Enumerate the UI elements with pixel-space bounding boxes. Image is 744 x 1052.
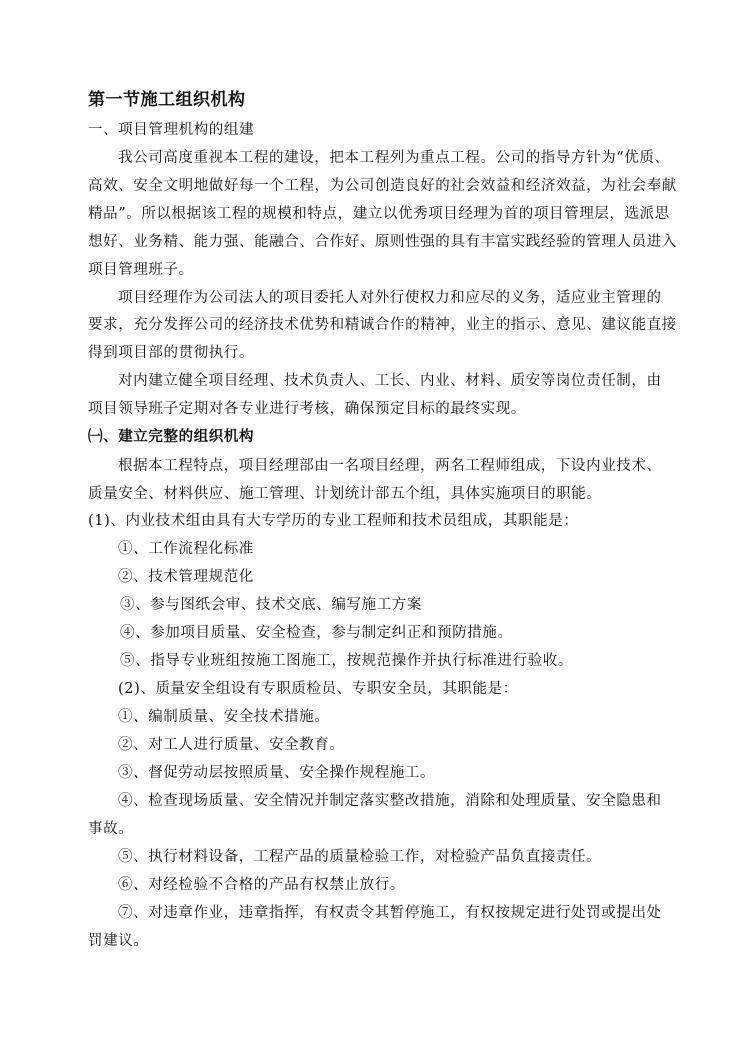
- list-item: ③、参与图纸会审、技术交底、编写施工方案: [120, 595, 422, 615]
- paragraph-line: 想好、业务精、能力强、能融合、合作好、原则性强的具有丰富实践经验的管理人员进入: [88, 232, 677, 252]
- list-item: ⑤、指导专业班组按施工图施工，按规范操作并执行标准进行验收。: [120, 651, 573, 671]
- section-title: 第一节施工组织机构: [88, 90, 246, 110]
- list-item: ③、督促劳动层按照质量、安全操作规程施工。: [118, 763, 435, 783]
- paragraph-line: 精品”。所以根据该工程的规模和特点，建立以优秀项目经理为首的项目管理层，选派思: [88, 204, 670, 224]
- document-page: 第一节施工组织机构 一、项目管理机构的组建 我公司高度重视本工程的建设，把本工程…: [0, 0, 744, 1052]
- list-item: ②、对工人进行质量、安全教育。: [118, 735, 345, 755]
- list-item: ⑤、执行材料设备，工程产品的质量检验工作，对检验产品负直接责任。: [118, 847, 601, 867]
- paragraph-line: 项目管理班子。: [88, 260, 194, 280]
- list-item: ④、参加项目质量、安全检查，参与制定纠正和预防措施。: [120, 623, 513, 643]
- paragraph-line: 对内建立健全项目经理、技术负责人、工长、内业、材料、质安等岗位责任制，由: [118, 371, 662, 391]
- paragraph-line: 得到项目部的贯彻执行。: [88, 343, 254, 363]
- subheading: ㈠、建立完整的组织机构: [88, 427, 254, 447]
- list-item-continuation: 罚建议。: [88, 931, 148, 951]
- list-item: ⑥、对经检验不合格的产品有权禁止放行。: [118, 875, 405, 895]
- list-item: ①、编制质量、安全技术措施。: [118, 707, 329, 727]
- group-intro: (2)、质量安全组设有专职质检员、专职安全员，其职能是：: [118, 679, 518, 699]
- paragraph-line: 项目经理作为公司法人的项目委托人对外行使权力和应尽的义务，适应业主管理的: [118, 288, 662, 308]
- subsection-heading: 一、项目管理机构的组建: [88, 120, 254, 140]
- list-item: ②、技术管理规范化: [118, 567, 254, 587]
- group-intro: (1)、内业技术组由具有大专学历的专业工程师和技术员组成，其职能是：: [88, 511, 578, 531]
- paragraph-line: 根据本工程特点，项目经理部由一名项目经理，两名工程师组成，下设内业技术、: [118, 456, 662, 476]
- paragraph-line: 我公司高度重视本工程的建设，把本工程列为重点工程。公司的指导方针为“优质、: [118, 148, 670, 168]
- paragraph-line: 质量安全、材料供应、施工管理、计划统计部五个组，具体实施项目的职能。: [88, 484, 601, 504]
- list-item: ④、检查现场质量、安全情况并制定落实整改措施，消除和处理质量、安全隐患和: [118, 791, 662, 811]
- paragraph-line: 项目领导班子定期对各专业进行考核，确保预定目标的最终实现。: [88, 399, 526, 419]
- paragraph-line: 高效、安全文明地做好每一个工程，为公司创造良好的社会效益和经济效益，为社会奉献: [88, 176, 677, 196]
- paragraph-line: 要求，充分发挥公司的经济技术优势和精诚合作的精神，业主的指示、意见、建议能直接: [88, 315, 677, 335]
- list-item: ①、工作流程化标准: [118, 539, 254, 559]
- list-item-continuation: 事故。: [88, 819, 133, 839]
- list-item: ⑦、对违章作业，违章指挥，有权责令其暂停施工，有权按规定进行处罚或提出处: [118, 903, 662, 923]
